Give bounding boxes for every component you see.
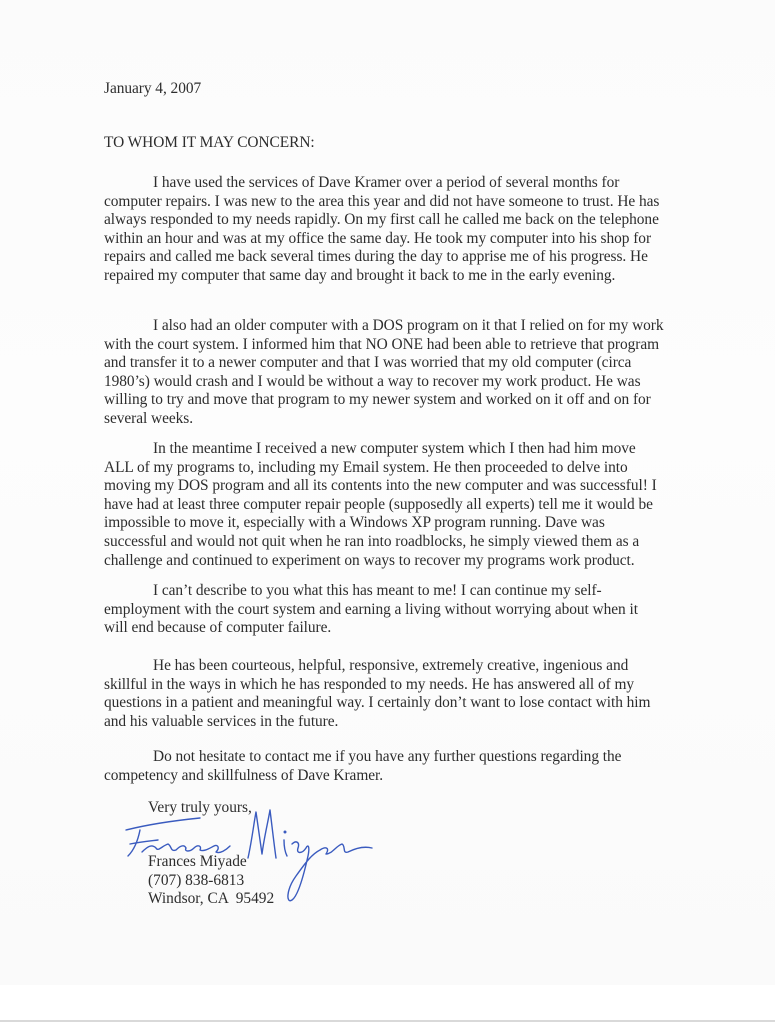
sender-location: Windsor, CA 95492 bbox=[148, 890, 274, 909]
sender-phone: (707) 838-6813 bbox=[148, 872, 274, 891]
page-margin bbox=[0, 985, 775, 1020]
sender-name: Frances Miyade bbox=[148, 853, 274, 872]
sender-block: Frances Miyade (707) 838-6813 Windsor, C… bbox=[148, 853, 274, 909]
salutation: TO WHOM IT MAY CONCERN: bbox=[104, 134, 664, 153]
letter-page: January 4, 2007 TO WHOM IT MAY CONCERN: … bbox=[0, 0, 775, 1020]
letter-date: January 4, 2007 bbox=[104, 80, 664, 99]
paragraph-4: I can’t describe to you what this has me… bbox=[104, 582, 664, 638]
paragraph-3: In the meantime I received a new compute… bbox=[104, 440, 664, 570]
paragraph-1: I have used the services of Dave Kramer … bbox=[104, 174, 664, 286]
paragraph-6: Do not hesitate to contact me if you hav… bbox=[104, 748, 669, 785]
paragraph-5: He has been courteous, helpful, responsi… bbox=[104, 657, 664, 731]
paragraph-2: I also had an older computer with a DOS … bbox=[104, 317, 664, 429]
page-edge bbox=[0, 1020, 775, 1022]
